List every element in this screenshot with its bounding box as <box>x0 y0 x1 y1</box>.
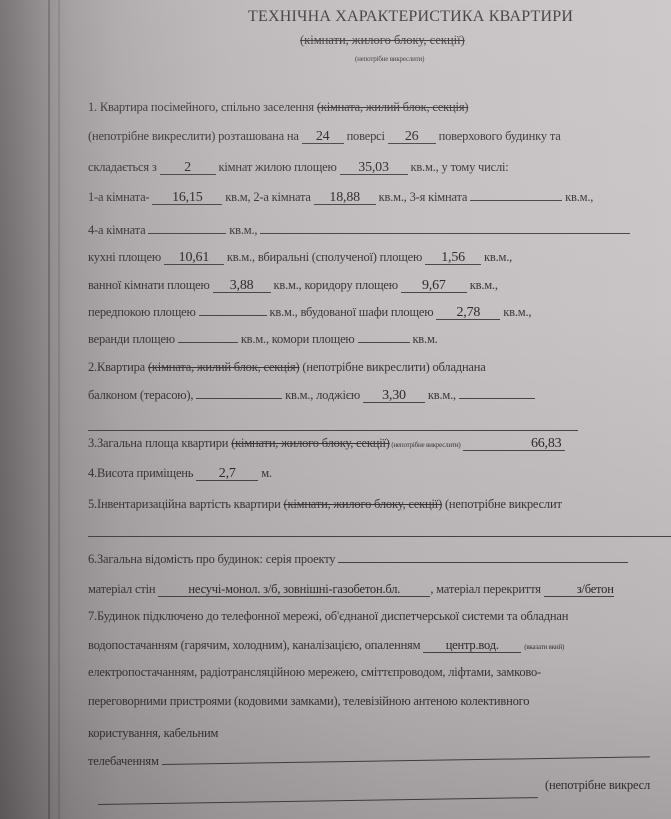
document-subtitle-struck: (кімнати, жилого блоку, секції) <box>300 33 465 48</box>
kitchen-field[interactable]: 10,61 <box>164 251 224 265</box>
s1-line4: 1-а кімната- 16,15 кв.м, 2-а кімната 18,… <box>88 190 593 205</box>
toilet-field[interactable]: 1,56 <box>425 251 481 265</box>
floors-total-field[interactable]: 26 <box>388 130 436 144</box>
loggia-field[interactable]: 3,30 <box>363 389 425 403</box>
s7-line4: переговорними пристроями (кодовими замка… <box>88 694 529 709</box>
s7-line5: користування, кабельним <box>88 726 218 741</box>
s2-line2: балконом (терасою), кв.м., лоджією 3,30 … <box>88 387 535 403</box>
bath-field[interactable]: 3,88 <box>213 279 271 293</box>
corridor-field[interactable]: 9,67 <box>401 279 467 293</box>
s7-note: (непотрібне викресл <box>545 778 650 793</box>
rule <box>88 430 578 431</box>
series-field[interactable] <box>338 562 628 563</box>
s1-line1: 1. Квартира посімейного, спільно заселен… <box>88 100 468 115</box>
page-fold <box>48 0 50 819</box>
s2-line1: 2.Квартира (кімната, жилий блок, секція)… <box>88 360 486 375</box>
blank-line <box>459 387 535 399</box>
document-title: ТЕХНІЧНА ХАРАКТЕРИСТИКА КВАРТИРИ <box>248 8 573 26</box>
s7-line3: електропостачанням, радіотрансляційною м… <box>88 665 541 680</box>
floor-field[interactable]: 24 <box>302 130 344 144</box>
floor-material-field[interactable]: з/бетон <box>544 583 614 597</box>
tv-field[interactable] <box>162 756 650 765</box>
room2-field[interactable]: 18,88 <box>314 191 376 205</box>
s1-line7: ванної кімнати площею 3,88 кв.м., коридо… <box>88 278 498 293</box>
living-area-field[interactable]: 35,03 <box>340 161 408 175</box>
veranda-field[interactable] <box>178 342 238 343</box>
closet-field[interactable]: 2,78 <box>436 306 500 320</box>
heating-field[interactable]: центр.вод. <box>423 639 521 653</box>
s1-line5: 4-а кімната кв.м., <box>88 222 630 238</box>
s5-line: 5.Інвентаризаційна вартість квартири (кі… <box>88 497 562 512</box>
s1-line3: складається з 2 кімнат жилою площею 35,0… <box>88 160 509 175</box>
balcony-field[interactable] <box>196 398 282 399</box>
page-fold <box>58 0 60 819</box>
s7-line1: 7.Будинок підключено до телефонної мереж… <box>88 609 568 624</box>
room1-field[interactable]: 16,15 <box>152 191 222 205</box>
rule <box>88 536 671 537</box>
height-field[interactable]: 2,7 <box>196 467 258 481</box>
s6-line2: матеріал стін несучі-монол. з/б, зовнішн… <box>88 582 614 597</box>
rule <box>98 797 538 805</box>
walls-field[interactable]: несучі-монол. з/б, зовнішні-газобетон.бл… <box>158 583 430 597</box>
hall-field[interactable] <box>199 315 267 316</box>
s3-line: 3.Загальна площа квартири (кімнати, жило… <box>88 436 565 451</box>
s1-line9: веранди площею кв.м., комори площею кв.м… <box>88 332 438 347</box>
document-subtitle-note: (непотрібне викреслити) <box>355 55 424 63</box>
storage-field[interactable] <box>358 342 410 343</box>
room4-field[interactable] <box>148 233 226 234</box>
room3-field[interactable] <box>470 200 562 201</box>
s1-line6: кухні площею 10,61 кв.м., вбиральні (спо… <box>88 250 512 265</box>
s4-line: 4.Висота приміщень 2,7 м. <box>88 466 272 481</box>
s7-line6: телебаченням <box>88 754 650 769</box>
s7-line2: водопостачанням (гарячим, холодним), кан… <box>88 638 564 653</box>
s1-line2: (непотрібне викреслити) розташована на 2… <box>88 129 561 144</box>
rooms-field[interactable]: 2 <box>160 161 216 175</box>
s1-line8: передпокою площею кв.м., вбудованої шафи… <box>88 305 531 320</box>
s6-line1: 6.Загальна відомість про будинок: серія … <box>88 552 628 567</box>
blank-line <box>260 222 630 234</box>
total-area-field[interactable]: 66,83 <box>463 437 565 451</box>
